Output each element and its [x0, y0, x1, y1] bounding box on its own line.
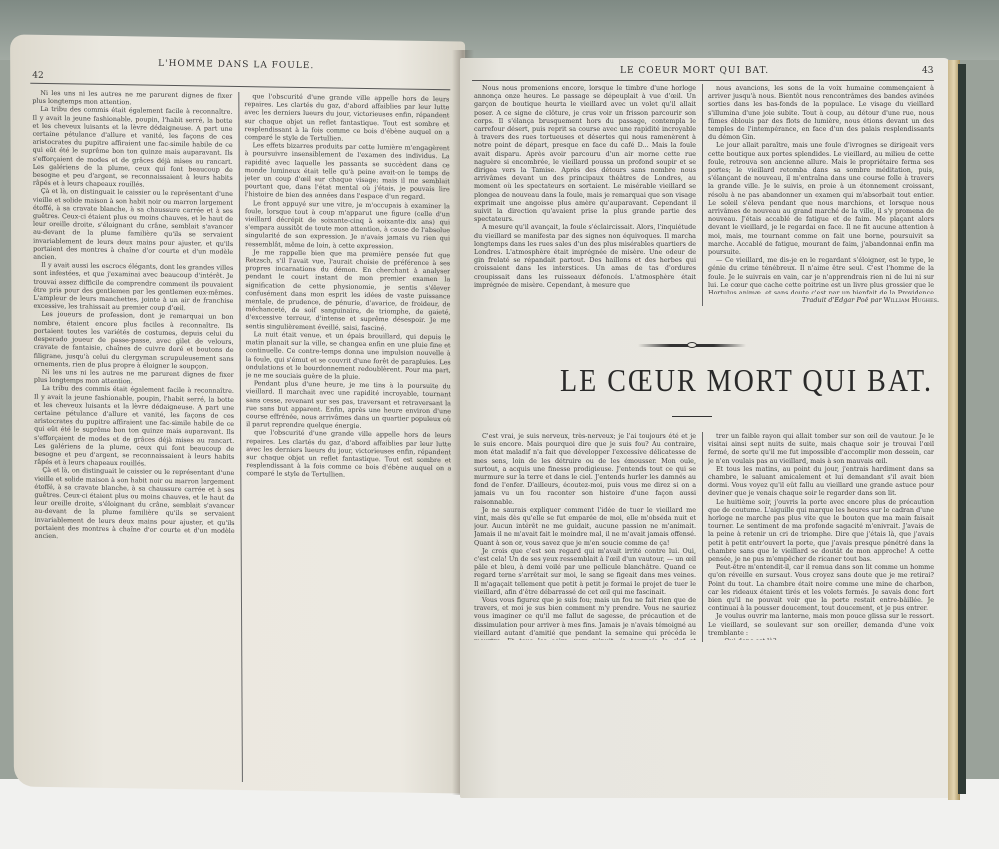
- left-page-column-2: que l'obscurité d'une grande ville appel…: [244, 92, 453, 785]
- paragraph: Pendant plus d'une heure, je me tins à l…: [246, 379, 451, 431]
- paragraph: Je crois que c'est son regard qui m'avai…: [474, 547, 696, 596]
- right-page-top-column-2: nous avancions, les sons de la voix huma…: [708, 84, 934, 294]
- column-divider: [702, 84, 703, 306]
- header-rule-right: [472, 80, 934, 81]
- paragraph: Le jour allait paraître, mais une foule …: [708, 141, 934, 256]
- open-book: 42 L'HOMME DANS LA FOULE. Ni les uns ni …: [0, 20, 999, 790]
- right-page: LE COEUR MORT QUI BAT. 43 Nous nous prom…: [460, 58, 950, 798]
- paragraph: La tribu des commis était également faci…: [32, 105, 232, 190]
- paragraph: Vous vous figurez que je suis fou; mais …: [474, 596, 696, 640]
- running-head-left: L'HOMME DANS LA FOULE.: [158, 59, 314, 71]
- translator-name: William Hughes.: [884, 296, 939, 304]
- paragraph: Les joueurs de profession, dont je remar…: [33, 310, 233, 371]
- page-number-right: 43: [922, 66, 933, 76]
- paragraph: nous avancions, les sons de la voix huma…: [708, 84, 934, 141]
- paragraph: Il y avait aussi les escrocs élégants, d…: [33, 261, 233, 313]
- paragraph: — Ce vieillard, me dis-je en le regardan…: [708, 256, 934, 294]
- paragraph: La nuit était venue, et un épais brouill…: [246, 330, 451, 382]
- paragraph: Je ne saurais expliquer comment l'idée d…: [474, 506, 696, 547]
- paragraph: Les effets bizarres produits par cette l…: [245, 141, 450, 202]
- paragraph: A mesure qu'il avançait, la foule s'écla…: [474, 223, 696, 289]
- paragraph: Çà et là, on distinguait le caissier ou …: [34, 466, 234, 543]
- paragraph: trer un faible rayon qui allait tomber s…: [708, 432, 934, 465]
- running-head-right: LE COEUR MORT QUI BAT.: [620, 66, 769, 76]
- right-page-top-column-1: Nous nous promenions encore, lorsque le …: [474, 84, 696, 306]
- chapter-title: LE CŒUR MORT QUI BAT.: [560, 364, 933, 401]
- column-divider: [702, 432, 703, 642]
- page-number-left: 42: [32, 71, 44, 81]
- translation-credit-prefix: Traduit d'Edgar Poë par: [802, 296, 882, 304]
- paragraph: Çà et là, on distinguait le caissier ou …: [33, 187, 233, 264]
- paragraph: Peut-être m'entendit-il, car il remua da…: [708, 563, 934, 612]
- paragraph: Le huitième soir, j'ouvris la porte avec…: [708, 498, 934, 564]
- right-page-bottom-column-2: trer un faible rayon qui allait tomber s…: [708, 432, 934, 640]
- ornament-knot-icon: [687, 342, 697, 348]
- paragraph: que l'obscurité d'une grande ville appel…: [244, 92, 449, 144]
- column-divider: [238, 92, 243, 782]
- right-page-bottom-column-1: C'est vrai, je suis nerveux, très-nerveu…: [474, 432, 696, 640]
- translation-credit: Traduit d'Edgar Poë par William Hughes.: [802, 296, 939, 304]
- paragraph: C'est vrai, je suis nerveux, très-nerveu…: [474, 432, 696, 506]
- paragraph: Je voulus ouvrir ma lanterne, mais mon p…: [708, 612, 934, 637]
- book-cover-edge: [958, 64, 966, 794]
- blank-page-bottom: [460, 648, 950, 798]
- paragraph: Et tous les matins, au point du jour, j'…: [708, 465, 934, 498]
- left-page: 42 L'HOMME DANS LA FOULE. Ni les uns ni …: [10, 34, 469, 793]
- title-underline: [672, 416, 712, 417]
- paragraph: que l'obscurité d'une grande ville appel…: [246, 428, 451, 480]
- paragraph: Le front appuyé sur une vitre, je m'occu…: [245, 199, 450, 251]
- left-page-column-1: Ni les uns ni les autres ne me parurent …: [32, 89, 236, 782]
- paragraph: Je me rappelle bien que ma première pens…: [245, 248, 450, 333]
- paragraph: Nous nous promenions encore, lorsque le …: [474, 84, 696, 223]
- paragraph: — Qui donc est là?: [708, 637, 934, 640]
- paragraph: La tribu des commis était également faci…: [34, 384, 234, 469]
